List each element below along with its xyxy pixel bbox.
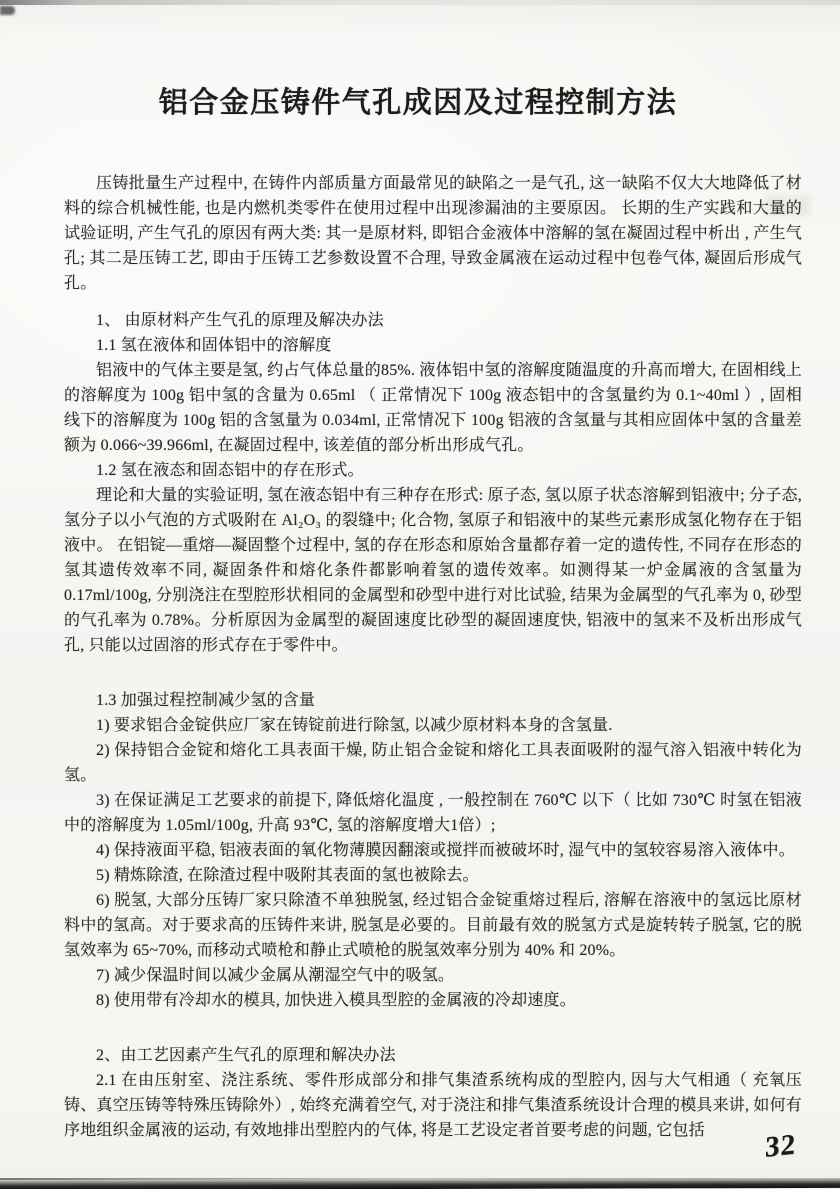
page-content: 铝合金压铸件气孔成因及过程控制方法 压铸批量生产过程中, 在铸件内部质量方面最常… xyxy=(64,80,802,1143)
section-heading: 1.1 氢在液体和固体铝中的溶解度 xyxy=(64,333,802,358)
list-item: 6) 脱氢, 大部分压铸厂家只除渣不单独脱氢, 经过铝合金锭重熔过程后, 溶解在… xyxy=(64,888,802,963)
list-item: 8) 使用带有冷却水的模具, 加快进入模具型腔的金属液的冷却速度。 xyxy=(64,988,802,1013)
section-heading: 1、 由原材料产生气孔的原理及解决办法 xyxy=(64,308,802,333)
section-heading: 1.3 加强过程控制减少氢的含量 xyxy=(64,688,802,713)
scan-corner-artifact xyxy=(0,6,15,15)
list-item: 3) 在保证满足工艺要求的前提下, 降低熔化温度 , 一般控制在 760℃ 以下… xyxy=(64,788,802,838)
list-item: 4) 保持液面平稳, 铝液表面的氧化物薄膜因翻滚或搅拌而被破坏时, 湿气中的氢较… xyxy=(64,838,802,863)
handwritten-page-number: 32 xyxy=(765,1128,797,1165)
paragraph: 理论和大量的实验证明, 氢在液态铝中有三种存在形式: 原子态, 氢以原子状态溶解… xyxy=(64,483,802,658)
list-item: 7) 减少保温时间以减少金属从潮湿空气中的吸氢。 xyxy=(64,963,802,988)
paragraph: 压铸批量生产过程中, 在铸件内部质量方面最常见的缺陷之一是气孔, 这一缺陷不仅大… xyxy=(64,171,802,296)
scanned-document-page: 铝合金压铸件气孔成因及过程控制方法 压铸批量生产过程中, 在铸件内部质量方面最常… xyxy=(0,0,840,1189)
paragraph: 铝液中的气体主要是氢, 约占气体总量的85%. 液体铝中氢的溶解度随温度的升高而… xyxy=(64,358,802,458)
list-item: 1) 要求铝合金锭供应厂家在铸锭前进行除氢, 以减少原材料本身的含氢量. xyxy=(64,713,802,738)
scan-top-edge xyxy=(0,0,840,5)
paragraph: 2.1 在由压射室、浇注系统、零件形成部分和排气集渣系统构成的型腔内, 因与大气… xyxy=(64,1068,802,1143)
section-heading: 1.2 氢在液态和固态铝中的存在形式。 xyxy=(64,458,802,483)
scan-bottom-edge xyxy=(0,1178,840,1189)
document-body: 压铸批量生产过程中, 在铸件内部质量方面最常见的缺陷之一是气孔, 这一缺陷不仅大… xyxy=(64,171,802,1143)
document-title: 铝合金压铸件气孔成因及过程控制方法 xyxy=(64,80,772,121)
list-item: 2) 保持铝合金锭和熔化工具表面干燥, 防止铝合金锭和熔化工具表面吸附的湿气溶入… xyxy=(64,738,802,788)
list-item: 5) 精炼除渣, 在除渣过程中吸附其表面的氢也被除去。 xyxy=(64,863,802,888)
section-heading: 2、由工艺因素产生气孔的原理和解决办法 xyxy=(64,1043,802,1068)
